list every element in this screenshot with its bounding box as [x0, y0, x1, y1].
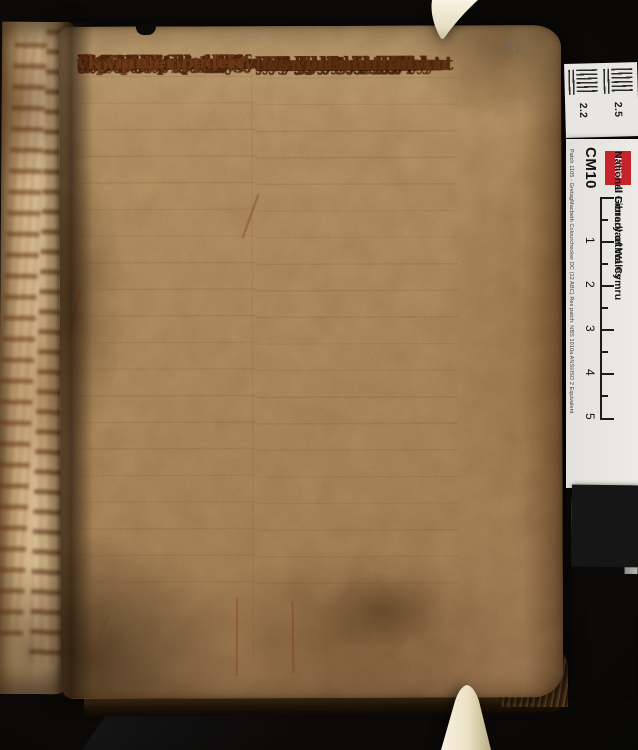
ruler-tick-minor — [600, 395, 608, 397]
ruler-number: 2 — [583, 281, 597, 288]
patch-info-fineprint: Patch 1105 - GretagMacbeth Colourchecker… — [568, 149, 574, 483]
ruler-tick-minor — [600, 307, 608, 309]
library-name-row: Llyfrgell Genedlaethol Cymru LGC NLW Nat… — [602, 151, 634, 483]
ruler-unit-label: CM10 — [582, 147, 599, 189]
ruler-tick — [600, 197, 614, 199]
resolution-label: 2.2 — [577, 103, 589, 119]
resolution-patch: 2.2 — [568, 68, 600, 133]
ruler-tick — [600, 329, 614, 331]
resolution-target-card: 2.2 2.5 — [564, 62, 638, 138]
grayscale-step-wedge — [570, 485, 638, 696]
ruler-number: 5 — [583, 413, 597, 420]
vertical-stripes-pattern — [568, 70, 575, 95]
ruler-tick — [600, 241, 614, 243]
parchment-texture — [59, 25, 563, 699]
ruler-tick-minor — [600, 263, 608, 265]
calibration-ruler: Llyfrgell Genedlaethol Cymru LGC NLW Nat… — [566, 139, 638, 488]
photograph-stage: or byd mar·y ode mgem·arall age ik·y gan… — [0, 0, 638, 750]
ruler-tick-minor — [600, 219, 608, 221]
manuscript-page: or byd mar·y ode mgem·arall age ik·y gan… — [59, 25, 563, 699]
ruler-number: 4 — [583, 369, 597, 376]
pencil-inscription: 29 — [237, 27, 263, 49]
resolution-label: 2.5 — [612, 102, 624, 118]
resolution-patch: 2.5 — [603, 67, 635, 132]
bone-pointer-bottom — [430, 682, 506, 750]
library-name-english: National Library of Wales — [612, 151, 624, 279]
horizontal-stripes-pattern — [576, 69, 598, 95]
ruler-tick — [600, 373, 614, 375]
ruler-number: 1 — [583, 237, 597, 244]
ruler-tick — [600, 418, 614, 420]
ruler-number: 3 — [583, 325, 597, 332]
ruler-tick-minor — [600, 351, 608, 353]
ruler-tick — [600, 285, 614, 287]
vertical-stripes-pattern — [603, 69, 610, 94]
horizontal-stripes-pattern — [611, 68, 633, 94]
shadow — [82, 712, 358, 750]
ruler-baseline — [600, 197, 602, 420]
wedge-patch-black — [571, 485, 638, 568]
bone-pointer-top — [420, 0, 490, 46]
